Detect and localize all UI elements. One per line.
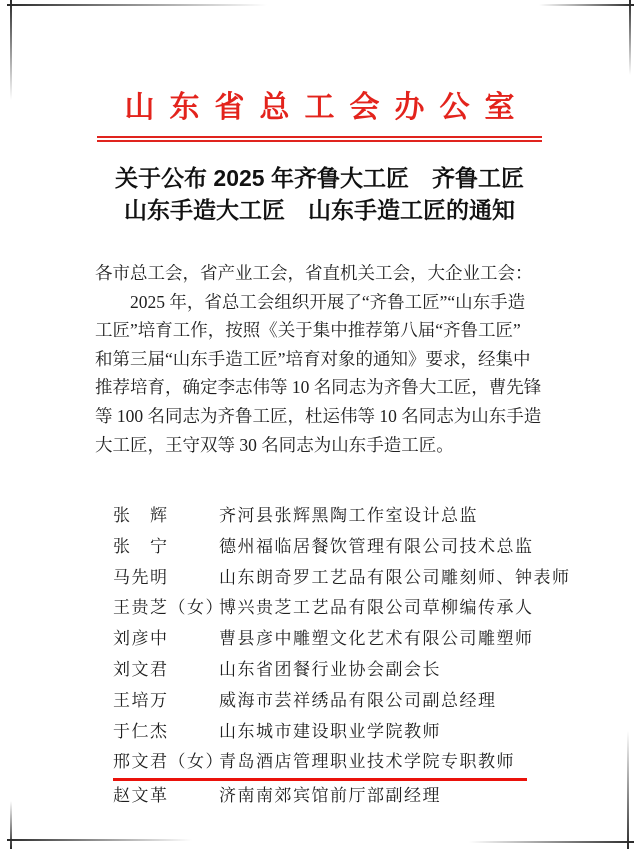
body-line: 各市总工会，省产业工会，省直机关工会，大企业工会： [95,259,550,288]
list-item: 张 辉齐河县张辉黑陶工作室设计总监 [113,501,478,532]
awardee-name: 刘彦中 [113,624,219,655]
awardee-name: 王贵芝（女） [113,593,219,624]
awardee-affiliation: 济南南郊宾馆前厅部副经理 [219,786,441,805]
page-corner-line-bottom-left-horizontal [7,839,192,841]
awardee-name: 于仁杰 [113,717,219,748]
body-line: 工匠”培育工作，按照《关于集中推荐第八届“齐鲁工匠” [95,316,550,345]
body-line: 和第三届“山东手造工匠”培育对象的通知》要求，经集中 [95,345,550,374]
awardee-name: 王培万 [113,686,219,717]
page-corner-line-top-right-vertical [629,0,631,75]
page-corner-line-top-right-horizontal [539,4,634,6]
awardee-name: 张 辉 [113,501,219,532]
awardee-name: 邢文君（女） [113,747,219,778]
awardee-name: 张 宁 [113,532,219,563]
letterhead-title: 山东省总工会办公室 [0,90,639,126]
list-item: 张 宁德州福临居餐饮管理有限公司技术总监 [113,532,534,563]
list-item: 刘彦中曹县彦中雕塑文化艺术有限公司雕塑师 [113,624,534,655]
awardee-name: 赵文革 [113,781,219,812]
awardee-affiliation: 山东省团餐行业协会副会长 [219,660,441,679]
awardee-affiliation: 山东朗奇罗工艺品有限公司雕刻师、钟表师 [219,568,571,587]
page-corner-line-top-left-vertical [10,0,12,100]
list-item: 赵文革济南南郊宾馆前厅部副经理 [113,781,441,812]
notice-title-line-1: 关于公布 2025 年齐鲁大工匠 齐鲁工匠 [0,162,639,194]
list-item: 王培万威海市芸祥绣品有限公司副总经理 [113,686,497,717]
list-item: 于仁杰山东城市建设职业学院教师 [113,717,441,748]
list-item: 马先明山东朗奇罗工艺品有限公司雕刻师、钟表师 [113,563,571,594]
body-line: 2025 年，省总工会组织开展了“齐鲁工匠”“山东手造 [95,288,550,317]
body-paragraph: 各市总工会，省产业工会，省直机关工会，大企业工会： 2025 年，省总工会组织开… [95,259,550,459]
notice-title-line-2: 山东手造大工匠 山东手造工匠的通知 [0,194,639,226]
list-item: 王贵芝（女）博兴贵芝工艺品有限公司草柳编传承人 [113,593,534,624]
awardee-affiliation: 曹县彦中雕塑文化艺术有限公司雕塑师 [219,629,534,648]
awardee-affiliation: 德州福临居餐饮管理有限公司技术总监 [219,537,534,556]
awardee-affiliation: 山东城市建设职业学院教师 [219,722,441,741]
body-line: 大工匠，王守双等 30 名同志为山东手造工匠。 [95,431,550,460]
awardee-affiliation: 威海市芸祥绣品有限公司副总经理 [219,691,497,710]
awardee-name: 马先明 [113,563,219,594]
awardee-affiliation: 青岛酒店管理职业技术学院专职教师 [219,752,515,771]
letterhead-double-rule [97,136,542,142]
page-corner-line-bottom-right-horizontal [469,841,634,843]
page-corner-line-top-left-horizontal [7,4,267,6]
document-page: 山东省总工会办公室 关于公布 2025 年齐鲁大工匠 齐鲁工匠 山东手造大工匠 … [0,0,639,849]
awardee-name: 刘文君 [113,655,219,686]
awardee-list: 张 辉齐河县张辉黑陶工作室设计总监 张 宁德州福临居餐饮管理有限公司技术总监 马… [113,501,571,812]
list-item: 刘文君山东省团餐行业协会副会长 [113,655,441,686]
body-line: 推荐培育，确定李志伟等 10 名同志为齐鲁大工匠，曹先锋 [95,373,550,402]
page-corner-line-bottom-right-vertical [627,731,629,849]
awardee-affiliation: 博兴贵芝工艺品有限公司草柳编传承人 [219,598,534,617]
notice-title: 关于公布 2025 年齐鲁大工匠 齐鲁工匠 山东手造大工匠 山东手造工匠的通知 [0,162,639,226]
page-corner-line-bottom-left-vertical [10,801,12,849]
body-line: 等 100 名同志为齐鲁工匠，杜运伟等 10 名同志为山东手造 [95,402,550,431]
awardee-affiliation: 齐河县张辉黑陶工作室设计总监 [219,506,478,525]
list-item-underlined: 邢文君（女）青岛酒店管理职业技术学院专职教师 [113,747,527,781]
